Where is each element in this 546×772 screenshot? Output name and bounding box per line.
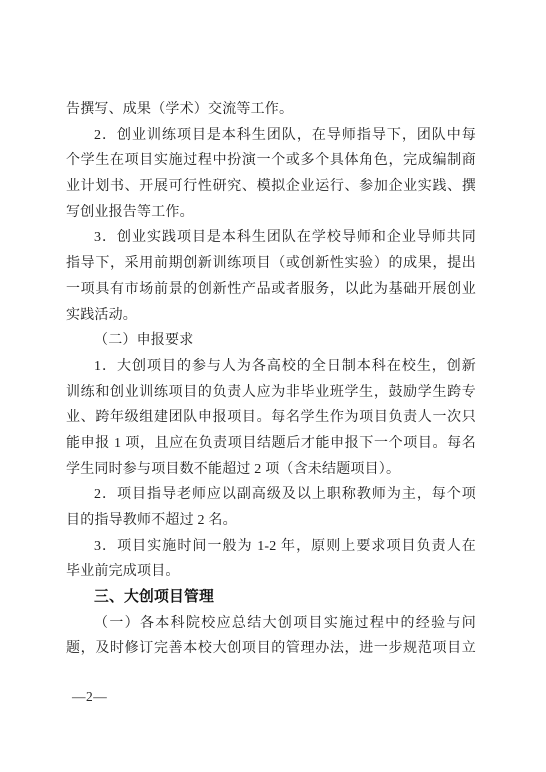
page-number: —2— xyxy=(72,689,107,705)
text-line: 业、跨年级组建团队申报项目。每名学生作为项目负责人一次只 xyxy=(66,405,476,431)
text-line: 业计划书、开展可行性研究、模拟企业运行、参加企业实践、撰 xyxy=(66,174,476,200)
text-line: 2．创业训练项目是本科生团队，在导师指导下，团队中每 xyxy=(66,123,476,149)
text-line: 题，及时修订完善本校大创项目的管理办法，进一步规范项目立 xyxy=(66,636,476,662)
text-line: 个学生在项目实施过程中扮演一个或多个具体角色，完成编制商 xyxy=(66,148,476,174)
text-line: 3．创业实践项目是本科生团队在学校导师和企业导师共同 xyxy=(66,225,476,251)
text-line: （一）各本科院校应总结大创项目实施过程中的经验与问 xyxy=(66,611,476,637)
text-line: 告撰写、成果（学术）交流等工作。 xyxy=(66,97,476,123)
text-line: 指导下，采用前期创新训练项目（或创新性实验）的成果，提出 xyxy=(66,251,476,277)
text-line: （二）申报要求 xyxy=(66,328,476,354)
text-line: 能申报 1 项，且应在负责项目结题后才能申报下一个项目。每名 xyxy=(66,431,476,457)
text-line: 写创业报告等工作。 xyxy=(66,200,476,226)
text-line: 学生同时参与项目数不能超过 2 项（含未结题项目）。 xyxy=(66,457,476,483)
text-line: 目的指导教师不超过 2 名。 xyxy=(66,508,476,534)
text-line: 一项具有市场前景的创新性产品或者服务，以此为基础开展创业 xyxy=(66,277,476,303)
text-line: 实践活动。 xyxy=(66,303,476,329)
text-block: 告撰写、成果（学术）交流等工作。2．创业训练项目是本科生团队，在导师指导下，团队… xyxy=(66,97,476,662)
text-line: 1．大创项目的参与人为各高校的全日制本科在校生，创新 xyxy=(66,354,476,380)
text-line: 2．项目指导老师应以副高级及以上职称教师为主，每个项 xyxy=(66,482,476,508)
text-line: 训练和创业训练项目的负责人应为非毕业班学生，鼓励学生跨专 xyxy=(66,380,476,406)
text-line: 3．项目实施时间一般为 1-2 年，原则上要求项目负责人在 xyxy=(66,534,476,560)
text-line: 毕业前完成项目。 xyxy=(66,559,476,585)
section-heading: 三、大创项目管理 xyxy=(66,585,476,611)
document-page: 告撰写、成果（学术）交流等工作。2．创业训练项目是本科生团队，在导师指导下，团队… xyxy=(0,0,546,772)
